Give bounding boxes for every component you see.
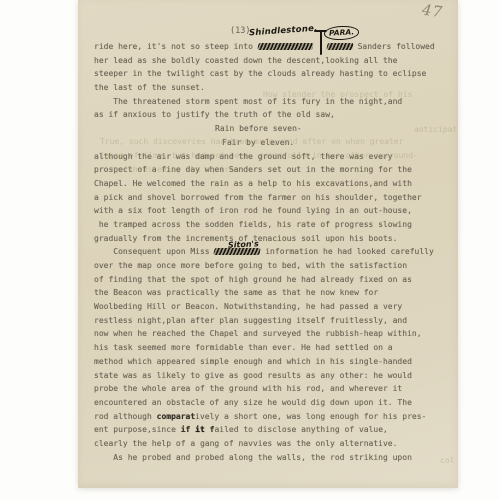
typed-text: steeper in the twilight cast by the clou…: [94, 69, 426, 78]
overtyped-word: it: [195, 425, 205, 434]
ghost-text-fragment: ing inhabited by the squire: [104, 165, 234, 174]
typed-text: Chapel. He welcomed the rain as a help t…: [94, 179, 412, 188]
typed-text: encountered an obstacle of any size he w…: [94, 398, 412, 407]
typed-line: now when he reached the Chapel and surve…: [94, 327, 454, 341]
typed-line: ent purpose,since if it failed to disclo…: [94, 423, 454, 437]
typed-text: as if anxious to justify the truth of th…: [94, 110, 335, 119]
typed-text: her lead as she boldly coasted down the …: [94, 56, 397, 65]
typed-line: with a six foot length of iron rod he fo…: [94, 204, 454, 218]
typed-text: probe the whole area of the ground with …: [94, 384, 402, 393]
typed-line: a pick and shovel borrowed from the farm…: [94, 191, 454, 205]
crossed-out-word: [257, 43, 313, 50]
typed-text: the Beacon was practically the same as t…: [94, 288, 378, 297]
typed-text: Consequent upon Miss: [94, 247, 214, 256]
overtyped-word: if: [181, 425, 195, 434]
ghost-text-fragment: anticipated: [414, 125, 458, 134]
typed-line: the Beacon was practically the same as t…: [94, 286, 454, 300]
typed-line: of finding that the spot of high ground …: [94, 273, 454, 287]
ghost-text-fragment: How slender the prospect of his: [263, 90, 412, 99]
typed-line: rod although comparatively a short one, …: [94, 410, 454, 424]
typed-line: Woolbeding Hill or Beacon. Notwithstandi…: [94, 300, 454, 314]
typed-line: clearly the help of a gang of navvies wa…: [94, 437, 454, 451]
typed-line: encountered an obstacle of any size he w…: [94, 396, 454, 410]
typed-text: clearly the help of a gang of navvies wa…: [94, 439, 397, 448]
typed-text: now when he reached the Chapel and surve…: [94, 329, 422, 338]
typed-line: his task seemed more formidable than eve…: [94, 341, 454, 355]
typed-text: restless night,plan after plan suggestin…: [94, 316, 407, 325]
crossed-out-word: [214, 248, 261, 255]
typed-text: ride here, it's not so steep into: [94, 42, 258, 51]
ghost-text-fragment: True, such discoveries had been made, an…: [100, 137, 403, 146]
typed-line: as if anxious to justify the truth of th…: [94, 108, 454, 122]
typed-text: method which appeared simple enough and …: [94, 357, 412, 366]
typed-text: gradually from the increments of tenacio…: [94, 234, 397, 243]
typed-line: steeper in the twilight cast by the clou…: [94, 67, 454, 81]
typed-line: method which appeared simple enough and …: [94, 355, 454, 369]
typed-text: of finding that the spot of high ground …: [94, 275, 412, 284]
typed-text: state was as likely to give as good resu…: [94, 371, 412, 380]
typed-line: restless night,plan after plan suggestin…: [94, 314, 454, 328]
manuscript-photo: 47 (13) Shindlestone. PARA. Siton's ride…: [0, 0, 500, 500]
typed-text: Rain before seven-: [215, 124, 302, 133]
typed-text: ailed to disclose anything of value,: [214, 425, 387, 434]
typed-line: Consequent upon Miss information he had …: [94, 245, 454, 259]
typed-text: with a six foot length of iron rod he fo…: [94, 206, 412, 215]
typed-text: a pick and shovel borrowed from the farm…: [94, 193, 422, 202]
typed-text: ively a short one, was long enough for h…: [195, 412, 426, 421]
ghost-text-fragment: col: [440, 456, 454, 465]
typed-line: state was as likely to give as good resu…: [94, 369, 454, 383]
typed-text: As he probed and probed along the walls,…: [94, 453, 412, 462]
overtyped-word: comparat: [157, 412, 196, 421]
typed-text: his task seemed more formidable than eve…: [94, 343, 393, 352]
typed-text: over the map once more before going to b…: [94, 261, 407, 270]
typed-text: he tramped across the sodden fields, his…: [94, 220, 412, 229]
typed-line: Chapel. He welcomed the rain as a help t…: [94, 177, 454, 191]
typed-line: probe the whole area of the ground with …: [94, 382, 454, 396]
typed-text: rod although: [94, 412, 157, 421]
typed-line: he tramped across the sodden fields, his…: [94, 218, 454, 232]
typed-line: gradually from the increments of tenacio…: [94, 232, 454, 246]
typed-text-block: ride here, it's not so steep into Sander…: [94, 0, 454, 464]
ghost-text-fragment: lapse of time, but had not been, peacefu…: [100, 151, 418, 160]
typed-line: Rain before seven-: [94, 122, 454, 136]
typed-text: ent purpose,since: [94, 425, 181, 434]
typed-line: over the map once more before going to b…: [94, 259, 454, 273]
crossed-out-word: [326, 43, 353, 50]
typed-text: the last of the sunset.: [94, 83, 205, 92]
typed-line: ride here, it's not so steep into Sander…: [94, 40, 454, 54]
typed-text: Sanders followed: [353, 42, 435, 51]
typed-text: information he had looked carefully: [260, 247, 433, 256]
typed-text: Woolbeding Hill or Beacon. Notwithstandi…: [94, 302, 402, 311]
manuscript-page: 47 (13) Shindlestone. PARA. Siton's ride…: [78, 0, 458, 488]
typed-line: her lead as she boldly coasted down the …: [94, 54, 454, 68]
typed-line: As he probed and probed along the walls,…: [94, 451, 454, 465]
